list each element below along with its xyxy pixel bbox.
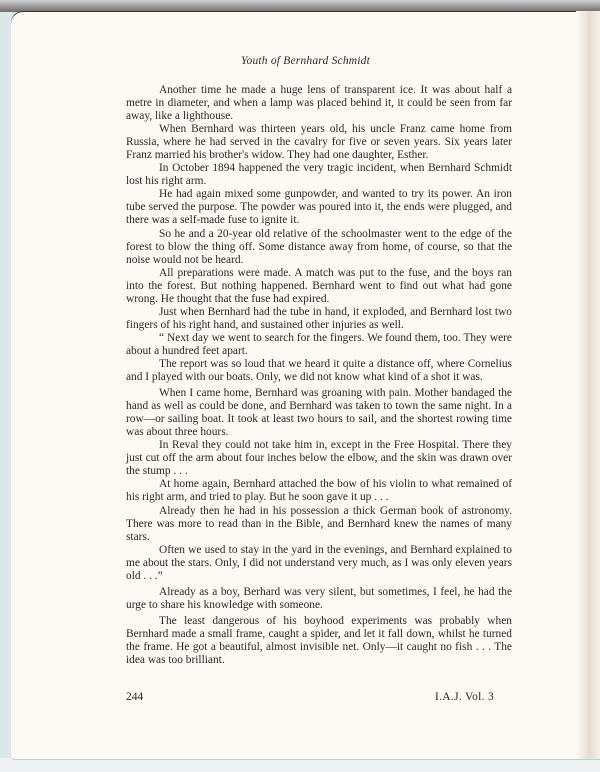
paragraph: Another time he made a huge lens of tran… [126,84,512,123]
page-fold-shadow [576,11,600,759]
page-number: 244 [126,691,143,703]
paragraph: So he and a 20-year old relative of the … [126,228,512,267]
running-head: Youth of Bernhard Schmidt [11,55,600,67]
paragraph: When Bernhard was thirteen years old, hi… [126,123,512,162]
paragraph: Already as a boy, Berhard was very silen… [126,586,512,612]
paragraph: Already then he had in his possession a … [126,505,512,544]
book-page: Youth of Bernhard Schmidt Another time h… [11,11,600,760]
paragraph: When I came home, Bernhard was groaning … [126,387,512,439]
paragraph: Often we used to stay in the yard in the… [126,544,512,583]
body-text: Another time he made a huge lens of tran… [126,84,512,667]
paragraph: “ Next day we went to search for the fin… [126,332,512,358]
journal-volume: I.A.J. Vol. 3 [435,691,494,703]
scan-bottom-edge [0,758,600,772]
paragraph: He had again mixed some gunpowder, and w… [126,188,512,227]
paragraph: In October 1894 happened the very tragic… [126,162,512,188]
paragraph: At home again, Bernhard attached the bow… [126,478,512,504]
paragraph: Just when Bernhard had the tube in hand,… [126,306,512,332]
paragraph: The least dangerous of his boyhood exper… [126,615,512,667]
paragraph: All preparations were made. A match was … [126,267,512,306]
paragraph: In Reval they could not take him in, exc… [126,439,512,478]
paragraph: The report was so loud that we heard it … [126,358,512,384]
